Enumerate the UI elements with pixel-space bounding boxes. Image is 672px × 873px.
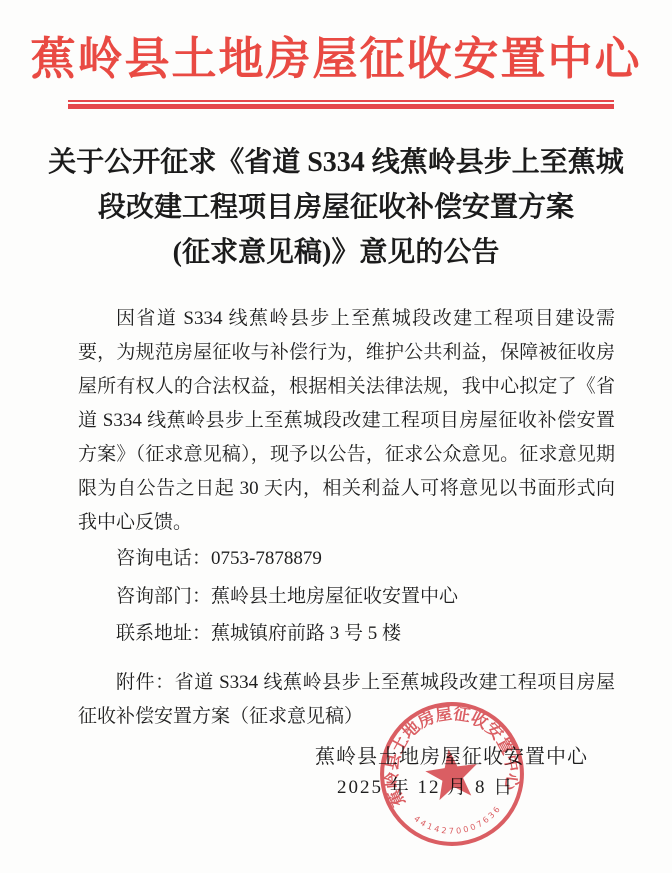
contact-phone-line: 咨询电话：0753-7878879 [78,540,615,578]
letterhead-divider-thick-line [68,104,614,109]
notice-document-page: 蕉岭县土地房屋征收安置中心 关于公开征求《省道 S334 线蕉岭县步上至蕉城 段… [0,0,672,873]
notice-title-line-3: (征求意见稿)》意见的公告 [0,230,672,275]
contact-address-label: 联系地址： [116,623,211,644]
contact-phone-value: 0753-7878879 [211,548,322,569]
seal-star-icon [423,745,481,801]
notice-title-line-1: 关于公开征求《省道 S334 线蕉岭县步上至蕉城 [0,140,672,185]
contact-department-value: 蕉岭县土地房屋征收安置中心 [211,586,458,607]
notice-title-line-2: 段改建工程项目房屋征收补偿安置方案 [0,185,672,230]
letterhead-org-name: 蕉岭县土地房屋征收安置中心 [0,22,672,87]
letterhead-divider [68,100,614,109]
notice-body: 因省道 S334 线蕉岭县步上至蕉城段改建工程项目建设需要，为规范房屋征收与补偿… [78,302,615,734]
svg-text:4414270007636: 4414270007636 [411,802,506,842]
seal-serial-number: 4414270007636 [411,802,506,842]
contact-address-line: 联系地址：蕉城镇府前路 3 号 5 楼 [78,615,615,653]
contact-address-value: 蕉城镇府前路 3 号 5 楼 [211,623,401,644]
attachment-note: 附件：省道 S334 线蕉岭县步上至蕉城段改建工程项目房屋征收补偿安置方案（征求… [78,666,615,734]
notice-paragraph: 因省道 S334 线蕉岭县步上至蕉城段改建工程项目建设需要，为规范房屋征收与补偿… [78,302,615,540]
letterhead-divider-thin-line [68,100,614,102]
contact-department-line: 咨询部门：蕉岭县土地房屋征收安置中心 [78,578,615,616]
contact-phone-label: 咨询电话： [116,548,211,569]
official-seal: 蕉岭县土地房屋征收安置中心 4414270007636 [376,698,528,850]
contact-department-label: 咨询部门： [116,586,211,607]
notice-title: 关于公开征求《省道 S334 线蕉岭县步上至蕉城 段改建工程项目房屋征收补偿安置… [0,140,672,275]
